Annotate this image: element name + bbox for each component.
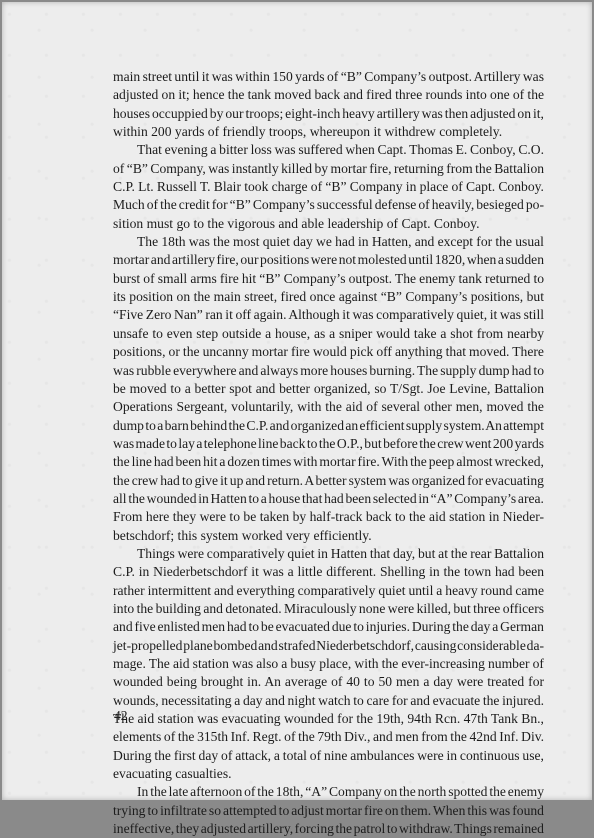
page-number: 42 <box>114 708 128 724</box>
text-line: mortar and artillery fire, our positions… <box>113 251 544 269</box>
text-line: betschdorf; this system worked very effi… <box>113 527 544 545</box>
body-text: main street until it was within 150 yard… <box>113 68 544 800</box>
text-line: rather intermittent and everything compa… <box>113 582 544 600</box>
text-line: main street until it was within 150 yard… <box>113 68 544 86</box>
text-line: of “B” Company, was instantly killed by … <box>113 160 544 178</box>
paragraph: That evening a bitter loss was suffered … <box>113 141 544 233</box>
text-line: sition must go to the vigorous and able … <box>113 215 544 233</box>
text-line: dump to a barn behind the C.P. and organ… <box>113 417 544 435</box>
text-line: and five enlisted men had to be evacuate… <box>113 618 544 636</box>
text-line: was made to lay a telephone line back to… <box>113 435 544 453</box>
document-page: main street until it was within 150 yard… <box>2 2 592 800</box>
text-line: Much of the credit for “B” Company’s suc… <box>113 196 544 214</box>
text-line: into the building and detonated. Miracul… <box>113 600 544 618</box>
text-line: burst of small arms fire hit “B” Company… <box>113 270 544 288</box>
text-line: That evening a bitter loss was suffered … <box>113 141 544 159</box>
text-line: its position on the main street, fired o… <box>113 288 544 306</box>
text-line: was rubble everywhere and always more ho… <box>113 362 544 380</box>
text-line: Operations Sergeant, voluntarily, with t… <box>113 398 544 416</box>
text-line: C.P. in Niederbetschdorf it was a little… <box>113 563 544 581</box>
text-line: “Five Zero Nan” ran it off again. Althou… <box>113 306 544 324</box>
paragraph: In the late afternoon of the 18th, “A” C… <box>113 783 544 800</box>
text-line: elements of the 315th Inf. Regt. of the … <box>113 728 544 746</box>
text-line: In the late afternoon of the 18th, “A” C… <box>113 783 544 800</box>
text-line: houses occuppied by our troops; eight-in… <box>113 105 544 123</box>
text-line: The aid station was evacuating wounded f… <box>113 710 544 728</box>
text-line: Things were comparatively quiet in Hatte… <box>113 545 544 563</box>
text-line: From here they were to be taken by half-… <box>113 508 544 526</box>
text-line: The 18th was the most quiet day we had i… <box>113 233 544 251</box>
text-line: C.P. Lt. Russell T. Blair took charge of… <box>113 178 544 196</box>
text-line: unsafe to even step outside a house, as … <box>113 325 544 343</box>
paragraph: main street until it was within 150 yard… <box>113 68 544 141</box>
paragraph: Things were comparatively quiet in Hatte… <box>113 545 544 783</box>
paragraph: The 18th was the most quiet day we had i… <box>113 233 544 545</box>
text-line: wounds, necessitating a day and night wa… <box>113 692 544 710</box>
text-line: mage. The aid station was also a busy pl… <box>113 655 544 673</box>
text-line: jet-propelled plane bombed and strafed N… <box>113 637 544 655</box>
text-line: wounded being brought in. An average of … <box>113 673 544 691</box>
text-line: adjusted on it; hence the tank moved bac… <box>113 86 544 104</box>
text-line: the line had been hit a dozen times with… <box>113 453 544 471</box>
text-line: the crew had to give it up and return. A… <box>113 472 544 490</box>
text-line: During the first day of attack, a total … <box>113 747 544 765</box>
text-line: all the wounded in Hatten to a house tha… <box>113 490 544 508</box>
text-line: within 200 yards of friendly troops, whe… <box>113 123 544 141</box>
text-line: evacuating casualties. <box>113 765 544 783</box>
text-line: be moved to a better spot and better org… <box>113 380 544 398</box>
text-line: positions, or the uncanny mortar fire wo… <box>113 343 544 361</box>
